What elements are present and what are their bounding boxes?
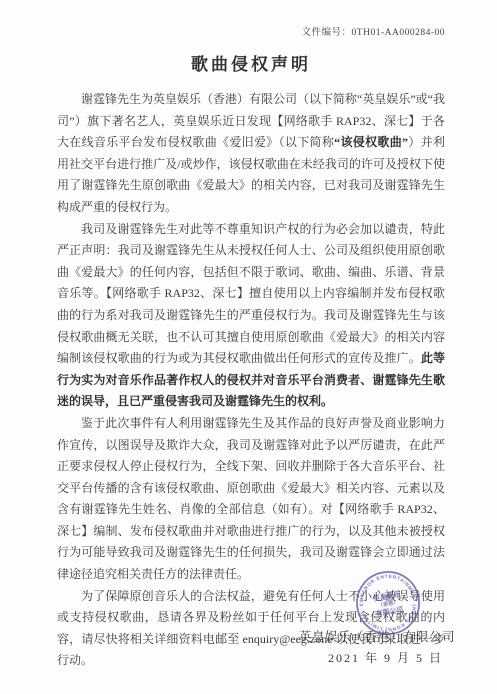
paragraph-segment: 我司及谢霆锋先生对此等不尊重知识产权的行为必会加以谴责，特此严正声明：我司及谢霆… [57,222,445,366]
company-seal-stamp-icon: EMPEROR ENTERTAINMENT (HONG KONG) LIMITE… [350,565,426,641]
seal-svg: EMPEROR ENTERTAINMENT (HONG KONG) LIMITE… [350,565,426,641]
paragraph-3: 鉴于此次事件有人利用谢霆锋先生及其作品的良好声誉及商业影响力作宣传，以图误导及欺… [57,413,445,586]
paragraph-1: 谢霆锋先生为英皇娱乐（香港）有限公司（以下简称“英皇娱乐”或“我司”）旗下著名艺… [57,89,445,219]
page-title: 歌曲侵权声明 [57,50,445,75]
paragraph-bold-segment: “该侵权歌曲” [334,135,408,149]
signature-date: 2021 年 9 月 5 日 [328,649,443,666]
document-page: 文件编号：0TH01-AA000284-00 歌曲侵权声明 谢霆锋先生为英皇娱乐… [0,0,497,694]
document-number: 文件编号：0TH01-AA000284-00 [57,24,445,38]
paragraph-2: 我司及谢霆锋先生对此等不尊重知识产权的行为必会加以谴责，特此严正声明：我司及谢霆… [57,219,445,413]
paragraph-segment: 鉴于此次事件有人利用谢霆锋先生及其作品的良好声誉及商业影响力作宣传，以图误导及欺… [57,416,445,581]
